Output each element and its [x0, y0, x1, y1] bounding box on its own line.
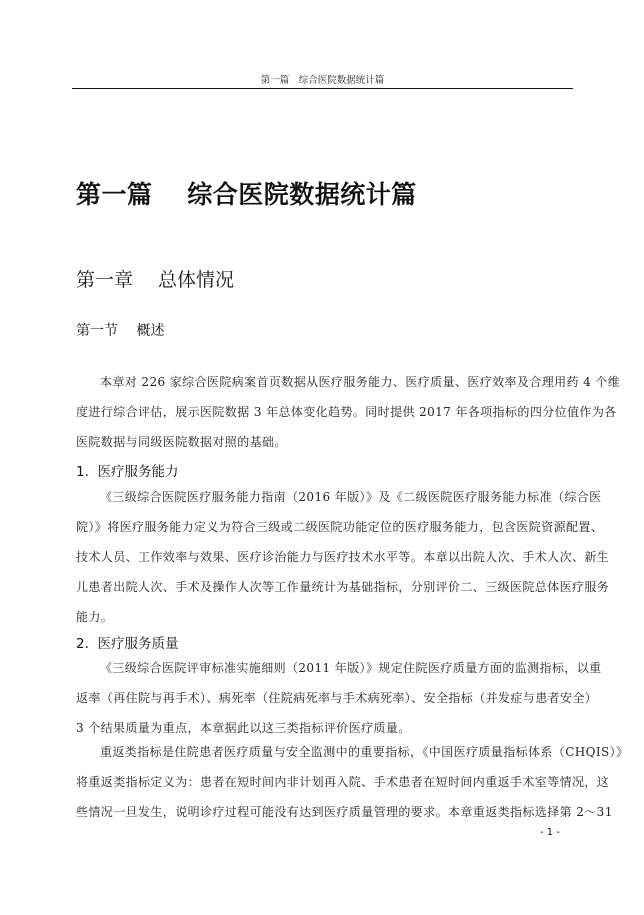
text-line: 儿患者出院人次、手术及操作人次等工作量统计为基础指标，分别评价二、三级医院总体医…	[76, 572, 572, 602]
text-line: 返率（再住院与再手术）、病死率（住院病死率与手术病死率）、安全指标（并发症与患者…	[76, 683, 572, 713]
subheading-service-capacity: 1. 医疗服务能力	[76, 462, 178, 482]
service-capacity-paragraph: 《三级综合医院医疗服务能力指南（2016 年版）》及《二级医院医疗服务能力标准（…	[76, 482, 572, 632]
text-line: 院）》将医疗服务能力定义为符合三级或二级医院功能定位的医疗服务能力，包含医院资源…	[76, 512, 572, 542]
chapter-title: 第一章 总体情况	[76, 266, 234, 294]
text-line: 本章对 226 家综合医院病案首页数据从医疗服务能力、医疗质量、医疗效率及合理用…	[76, 367, 572, 397]
text-line: 《三级综合医院医疗服务能力指南（2016 年版）》及《二级医院医疗服务能力标准（…	[76, 482, 572, 512]
part-title: 第一篇 综合医院数据统计篇	[76, 178, 417, 212]
service-quality-paragraph: 《三级综合医院评审标准实施细则（2011 年版）》规定住院医疗质量方面的监测指标…	[76, 653, 572, 743]
page-number: - 1 -	[540, 826, 560, 840]
subheading-service-quality: 2. 医疗服务质量	[76, 634, 178, 654]
text-line: 重返类指标是住院患者医疗质量与安全监测中的重要指标，《中国医疗质量指标体系（CH…	[76, 737, 572, 767]
text-line: 《三级综合医院评审标准实施细则（2011 年版）》规定住院医疗质量方面的监测指标…	[76, 653, 572, 683]
header-divider	[72, 88, 573, 89]
text-line: 能力。	[76, 602, 572, 632]
text-line: 将重返类指标定义为：患者在短时间内非计划再入院、手术患者在短时间内重返手术室等情…	[76, 767, 572, 797]
text-line: 医院数据与同级医院数据对照的基础。	[76, 427, 572, 457]
readmission-paragraph: 重返类指标是住院患者医疗质量与安全监测中的重要指标，《中国医疗质量指标体系（CH…	[76, 737, 572, 827]
intro-paragraph: 本章对 226 家综合医院病案首页数据从医疗服务能力、医疗质量、医疗效率及合理用…	[76, 367, 572, 457]
running-header: 第一篇 综合医院数据统计篇	[72, 74, 573, 88]
text-line: 些情况一旦发生，说明诊疗过程可能没有达到医疗质量管理的要求。本章重返类指标选择第…	[76, 797, 572, 827]
text-line: 度进行综合评估，展示医院数据 3 年总体变化趋势。同时提供 2017 年各项指标…	[76, 397, 572, 427]
text-line: 技术人员、工作效率与效果、医疗诊治能力与医疗技术水平等。本章以出院人次、手术人次…	[76, 542, 572, 572]
section-title: 第一节 概述	[76, 320, 164, 342]
